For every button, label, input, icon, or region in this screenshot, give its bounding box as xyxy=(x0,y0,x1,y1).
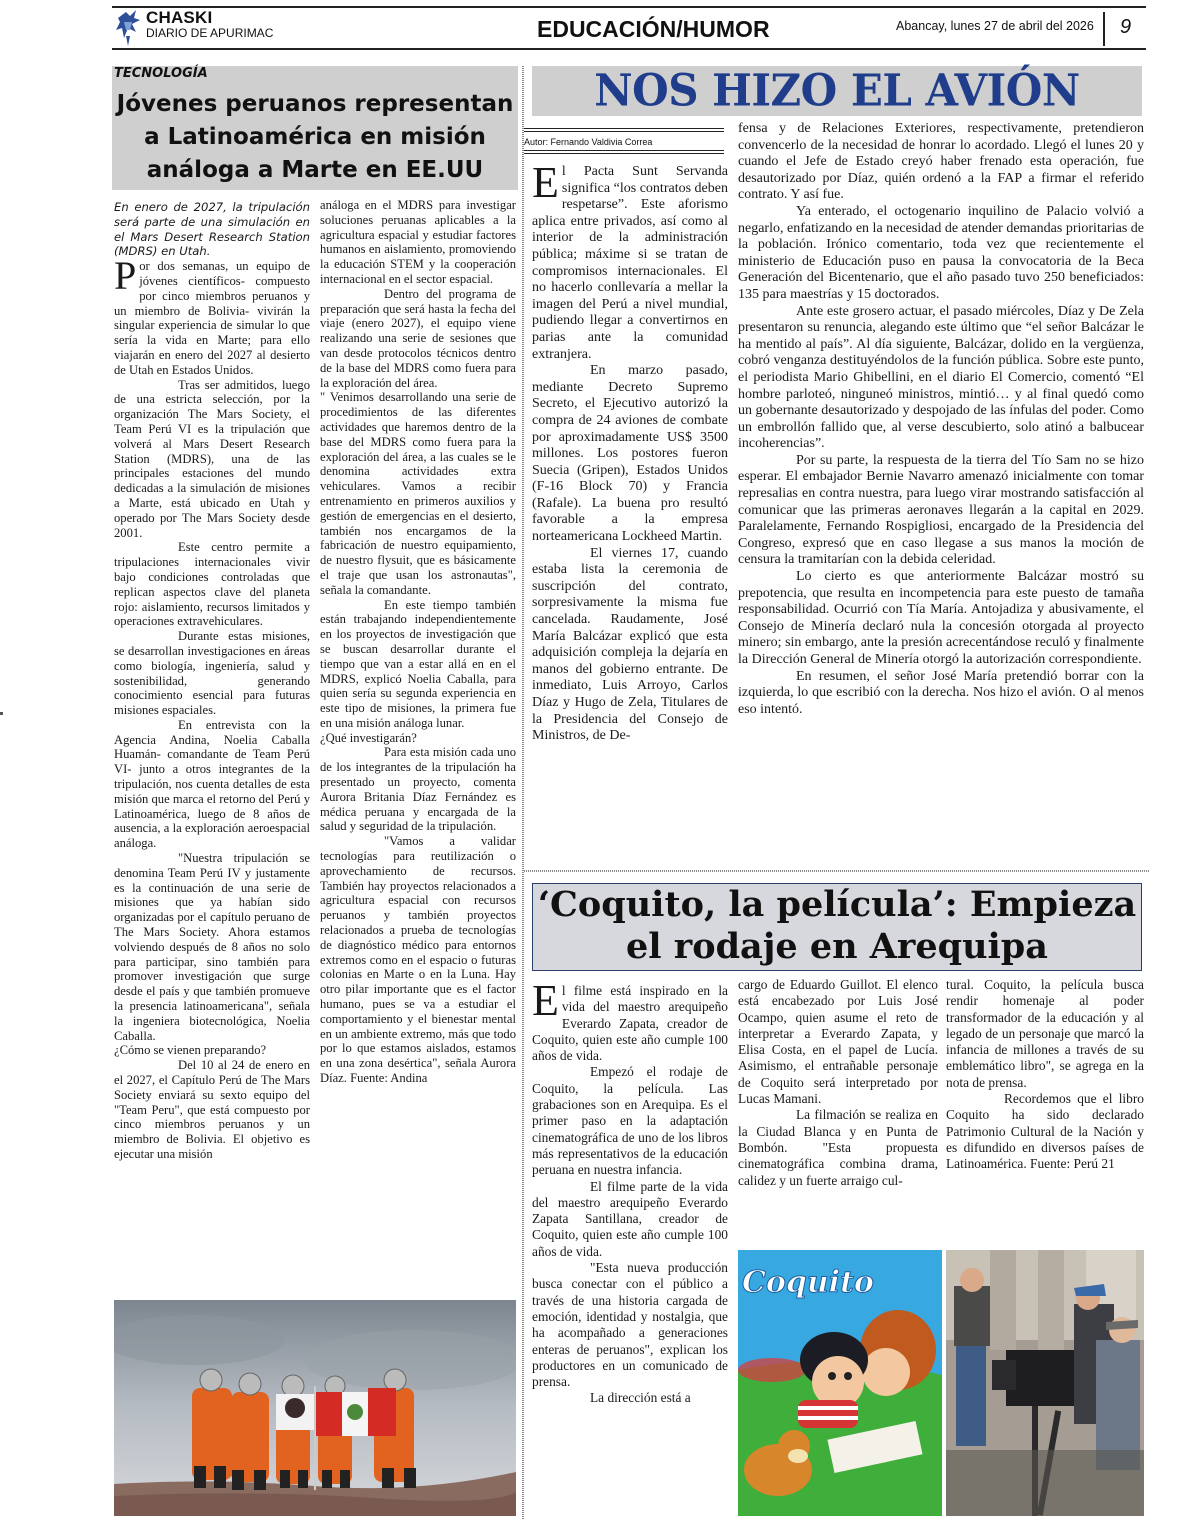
paragraph: La filmación se realiza en la Ciudad Bla… xyxy=(738,1107,938,1188)
paragraph: Tras ser admitidos, luego de una estrict… xyxy=(114,378,310,541)
opinion-column-1: El Pacta Sunt Servanda significa “los co… xyxy=(532,164,728,745)
drop-cap: P xyxy=(114,261,136,291)
column-divider xyxy=(522,66,524,1520)
header-bottom-rule xyxy=(112,48,1146,50)
paragraph: Lo cierto es que anteriormente Balcázar … xyxy=(738,569,1144,669)
subheading: ¿Qué investigarán? xyxy=(320,731,516,746)
dateline: Abancay, lunes 27 de abril del 2026 xyxy=(896,19,1094,33)
margin-mark xyxy=(0,712,3,715)
condor-emblem-icon xyxy=(114,8,144,48)
drop-cap: E xyxy=(532,985,559,1017)
drop-cap: E xyxy=(532,166,559,200)
paragraph: análoga en el MDRS para investigar soluc… xyxy=(320,198,516,287)
paragraph: " Venimos desarrollando una serie de pro… xyxy=(320,390,516,597)
paragraph: En este tiempo también están trabajando … xyxy=(320,598,516,731)
author-byline: Autor: Fernando Valdivia Correa xyxy=(524,137,652,147)
author-rule xyxy=(524,128,724,132)
paragraph: cargo de Eduardo Guillot. El elenco está… xyxy=(738,977,938,1107)
paragraph: "Esta nueva producción busca conectar co… xyxy=(532,1260,728,1390)
paragraph: Por su parte, la respuesta de la tierra … xyxy=(738,453,1144,569)
headline-coquito: ‘Coquito, la película’: Empieza el rodaj… xyxy=(532,884,1142,968)
brand-subtitle: DIARIO DE APURIMAC xyxy=(146,26,273,40)
headline-nos-hizo-el-avion: NOS HIZO EL AVIÓN xyxy=(532,65,1142,118)
mars-crew-photo xyxy=(114,1300,516,1516)
paragraph: En resumen, el señor José María pretendi… xyxy=(738,669,1144,719)
paragraph: fensa y de Relaciones Exteriores, respec… xyxy=(738,121,1144,204)
paragraph: En entrevista con la Agencia Andina, Noe… xyxy=(114,718,310,851)
paragraph: Ya enterado, el octogenario inquilino de… xyxy=(738,204,1144,304)
paragraph: tural. Coquito, la película busca rendir… xyxy=(946,977,1144,1091)
header-separator xyxy=(1103,12,1105,46)
coquito-column-2: cargo de Eduardo Guillot. El elenco está… xyxy=(738,977,938,1189)
article-kicker: TECNOLOGÍA xyxy=(114,66,208,81)
mars-article-column-2: análoga en el MDRS para investigar soluc… xyxy=(320,198,516,1086)
paragraph: "Vamos a validar tecnologías para reutil… xyxy=(320,834,516,1086)
subheading: ¿Cómo se vienen preparando? xyxy=(114,1043,310,1058)
paragraph: En marzo pasado, mediante Decreto Suprem… xyxy=(532,363,728,546)
paragraph: Dentro del programa de preparación que s… xyxy=(320,287,516,391)
headline-mars-mission: Jóvenes peruanos representan a Latinoamé… xyxy=(112,88,518,187)
coquito-column-1: El filme está inspirado en la vida del m… xyxy=(532,983,728,1407)
paragraph: Del 10 al 24 de enero en el 2027, el Cap… xyxy=(114,1058,310,1162)
brand-name: CHASKI xyxy=(146,9,273,26)
paragraph: El filme parte de la vida del maestro ar… xyxy=(532,1179,728,1260)
section-divider xyxy=(524,870,1150,872)
paragraph: Por dos semanas, un equipo de jóvenes ci… xyxy=(114,259,310,377)
coquito-book-cover-photo: Coquito xyxy=(738,1250,942,1516)
paragraph: Ante este grosero actuar, el pasado miér… xyxy=(738,304,1144,453)
section-title: EDUCACIÓN/HUMOR xyxy=(537,16,770,43)
coquito-column-3: tural. Coquito, la película busca rendir… xyxy=(946,977,1144,1173)
article-lead: En enero de 2027, la tripulación será pa… xyxy=(114,200,310,259)
film-crew-illustration xyxy=(946,1250,1144,1516)
paragraph: La dirección está a xyxy=(532,1390,728,1406)
coquito-cover-illustration: Coquito xyxy=(738,1250,942,1516)
author-rule xyxy=(524,150,724,154)
paragraph: El filme está inspirado en la vida del m… xyxy=(532,983,728,1064)
page-number: 9 xyxy=(1120,16,1131,39)
film-crew-photo xyxy=(946,1250,1144,1516)
masthead: CHASKI DIARIO DE APURIMAC xyxy=(146,9,273,40)
mars-article-column-1: En enero de 2027, la tripulación será pa… xyxy=(114,200,310,1162)
paragraph: El viernes 17, cuando estaba lista la ce… xyxy=(532,546,728,745)
svg-text:Coquito: Coquito xyxy=(742,1265,874,1300)
paragraph: El Pacta Sunt Servanda significa “los co… xyxy=(532,164,728,363)
opinion-column-2: fensa y de Relaciones Exteriores, respec… xyxy=(738,121,1144,718)
paragraph: Empezó el rodaje de Coquito, la película… xyxy=(532,1064,728,1178)
paragraph: Este centro permite a tripulaciones inte… xyxy=(114,540,310,629)
header-top-rule xyxy=(112,6,1146,8)
paragraph: Recordemos que el libro Coquito ha sido … xyxy=(946,1091,1144,1172)
paragraph: "Nuestra tripulación se denomina Team Pe… xyxy=(114,851,310,1043)
paragraph: Para esta misión cada uno de los integra… xyxy=(320,745,516,834)
paragraph: Durante estas misiones, se desarrollan i… xyxy=(114,629,310,718)
mars-crew-photo-illustration xyxy=(114,1300,516,1516)
